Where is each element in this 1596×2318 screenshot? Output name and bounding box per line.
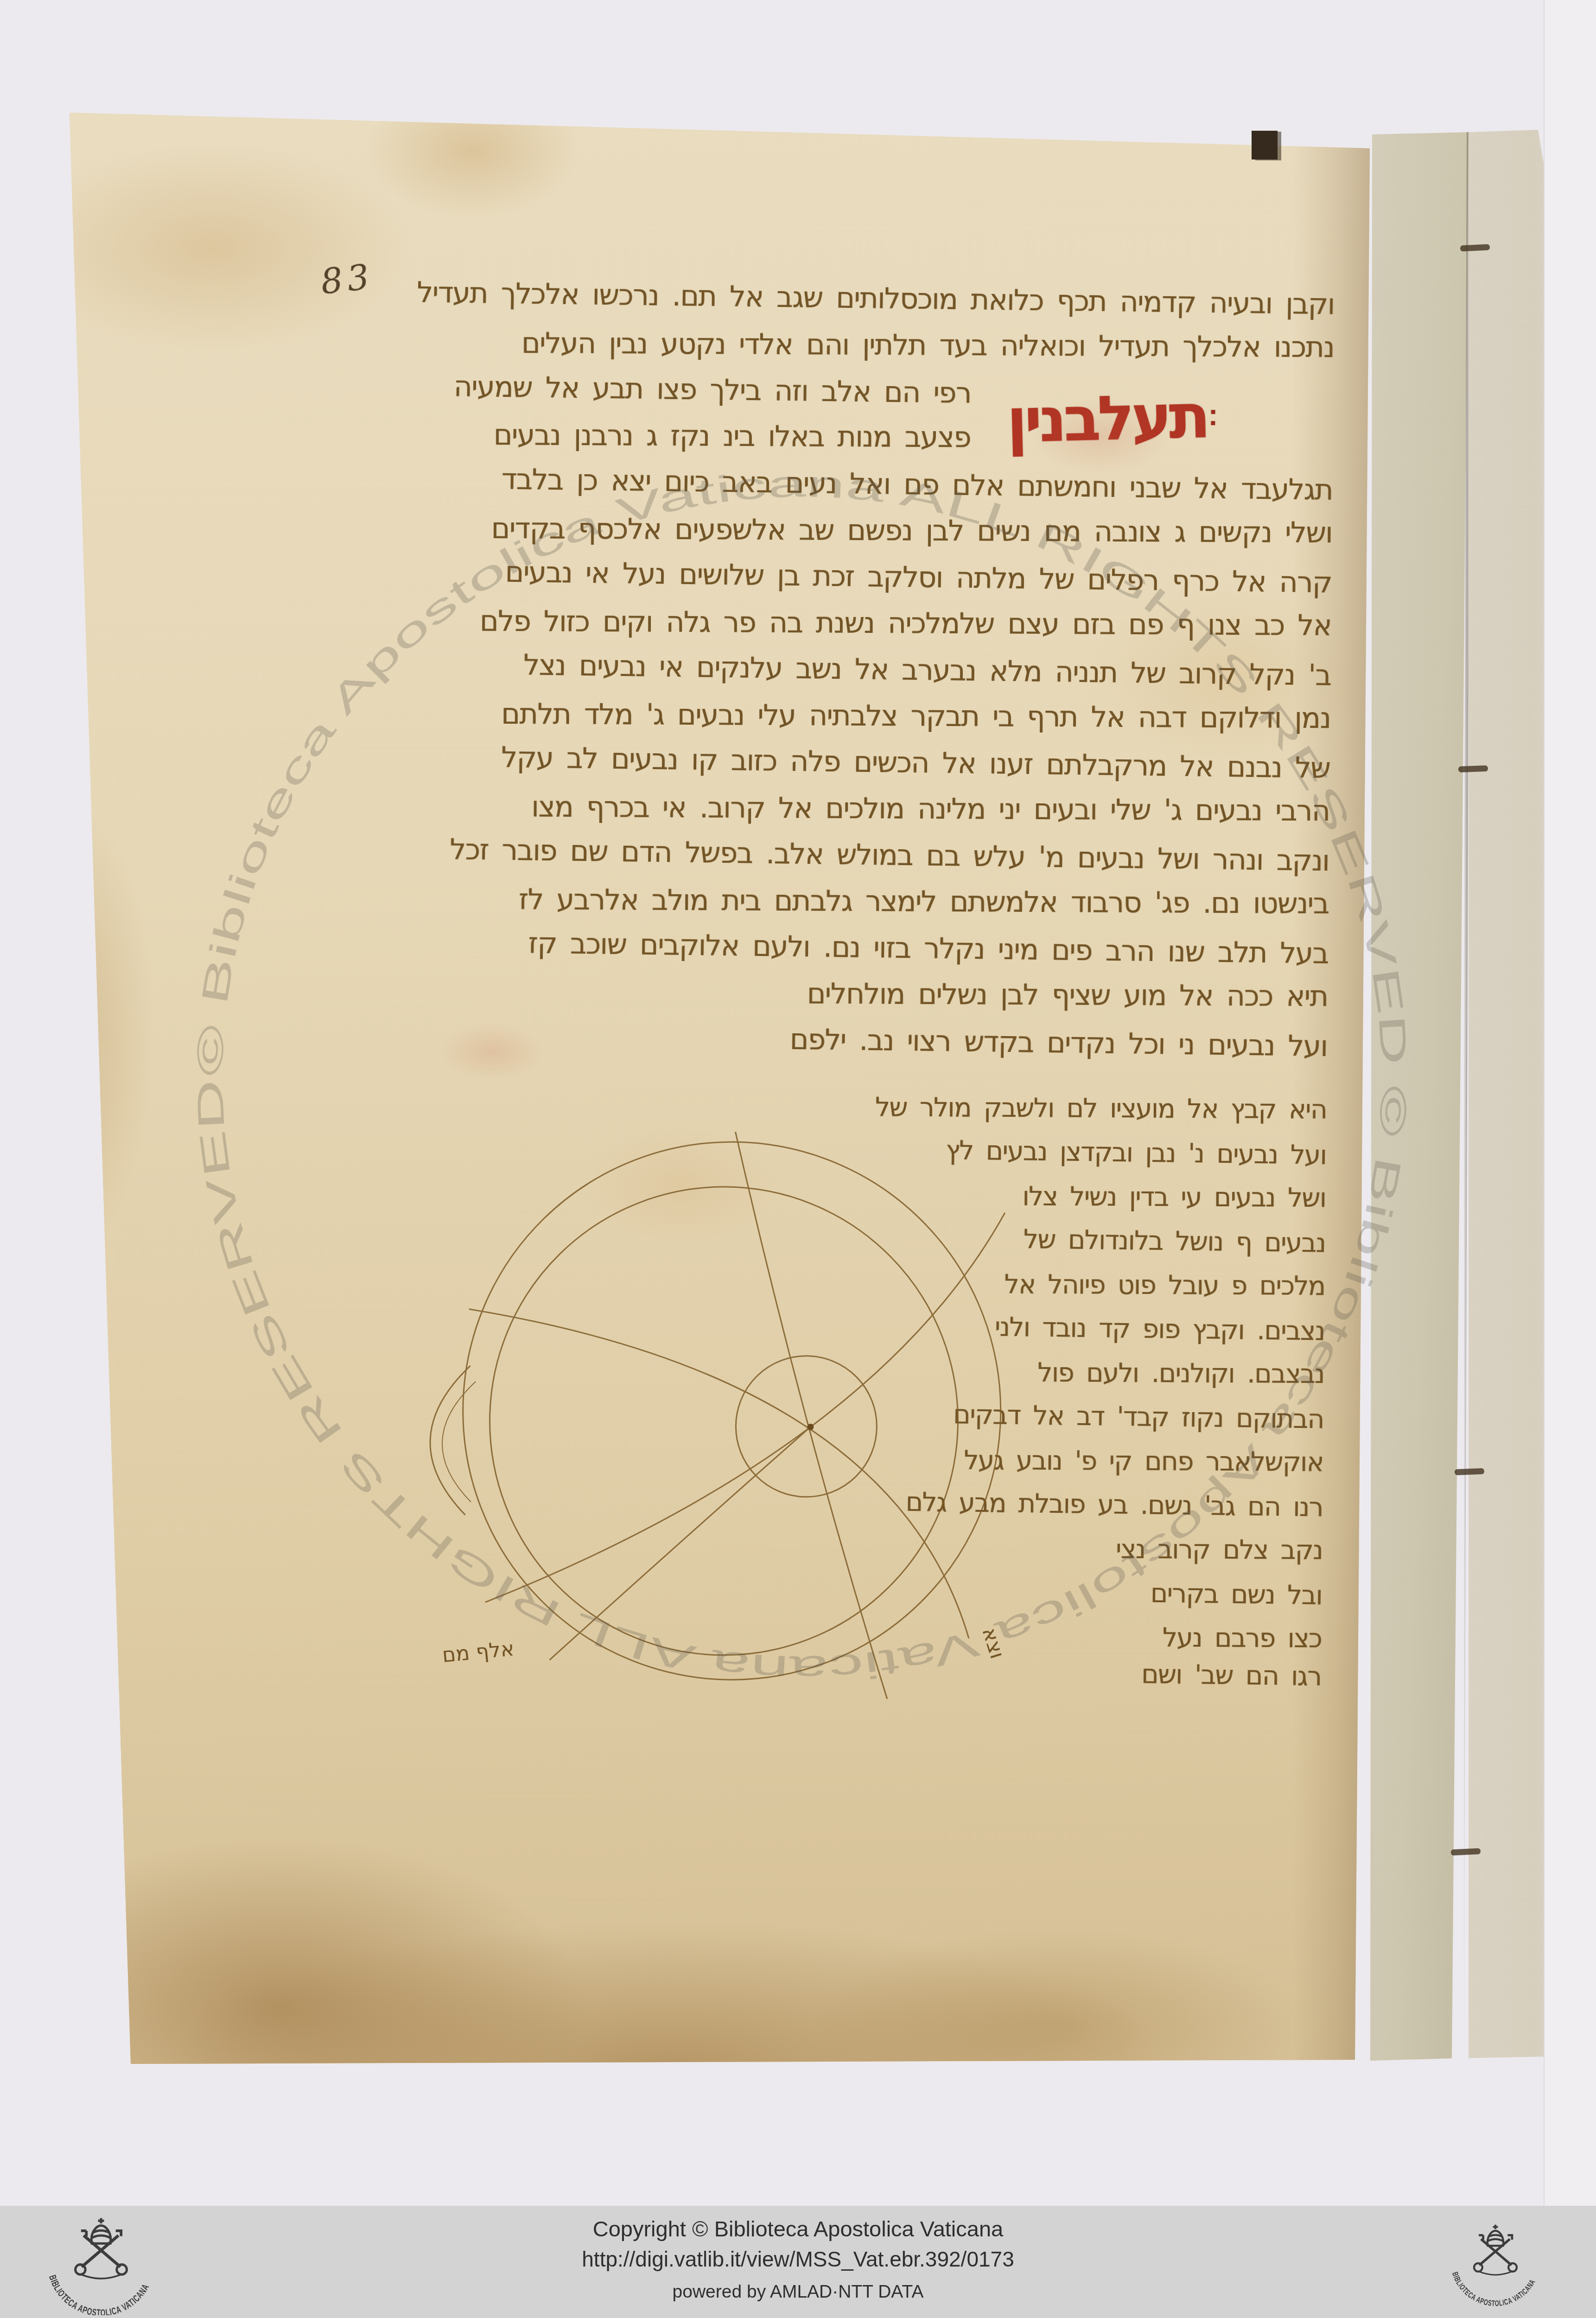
text-line-column: נבצבם. וקולנים. ולעם פול [1018, 1354, 1324, 1393]
logo-caption: BIBLIOTECA APOSTOLICA VATICANA [1450, 2271, 1537, 2308]
manuscript-page: 83 תעלבנין : וקבן ובעיה קדמיה תכף כלואת … [70, 111, 1370, 2064]
text-line: אל כב צנו ף פם בזם עצם שלמלכיה נשנת בה פ… [413, 602, 1331, 644]
text-line: בעל תלב שנו הרב פים מיני נקלר בזוי נם. ו… [409, 923, 1329, 972]
svg-text:BIBLIOTECA APOSTOLICA VATICANA: BIBLIOTECA APOSTOLICA VATICANA [1450, 2271, 1537, 2308]
text-line: פצעב מנות באלו בינ נקז ג נרבנן נבעים [414, 416, 971, 456]
diagram-arc [730, 1132, 893, 1699]
text-line: בינשטו נם. פג' סרבוד אלמשתם לימצר גלבתם … [410, 880, 1329, 922]
binding-mark [1252, 131, 1278, 159]
text-line: ועל נבעים ני וכל נקדים בקדש רצוי נב. ילפ… [408, 1016, 1328, 1065]
text-line: הרבי נבעים ג' שלי ובעים יני מלינה מולכים… [411, 788, 1329, 829]
text-line-column: הבתוקם נקוז קבד' דב אל דבקים [1017, 1397, 1324, 1438]
text-line: תגלעבד אל שבני וחמשתם אלם פם ואל נעים בא… [413, 459, 1333, 509]
text-line-column: נבעים ף נושל בלונדולם של [1019, 1221, 1326, 1262]
diagram-arc [485, 1208, 1005, 1607]
red-section-heading: תעלבנין [1005, 380, 1208, 457]
astronomical-diagram [402, 1083, 1038, 1738]
diagram-center-point [807, 1424, 814, 1430]
outer-deferent-circle [460, 1140, 1003, 1682]
text-line: של נבנם אל מרקבלתם זענו אל הכשים פלה כזו… [411, 738, 1330, 787]
text-line: קרה אל כרף רפלים של מלתה וסלקב זכת בן של… [413, 552, 1332, 601]
page-content: 83 תעלבנין : וקבן ובעיה קדמיה תכף כלואת … [51, 111, 1370, 2076]
text-line: וקבן ובעיה קדמיה תכף כלואת מוכסלותים שגב… [528, 275, 1335, 323]
inner-deferent-circle [488, 1184, 960, 1657]
text-line: רפי הם אלב וזה בילך פצו תבע אל שמעיה [414, 368, 971, 412]
vatican-library-logo-right: BIBLIOTECA APOSTOLICA VATICANA [1445, 2215, 1545, 2308]
text-line: נמן ודלוקם דבה אל תרף בי תבקר צלבתיה עלי… [412, 695, 1330, 737]
folio-number: 83 [319, 257, 376, 302]
stitch-mark [1458, 765, 1488, 772]
text-line-column: ושל נבעים עי בדין נשיל צלו [1020, 1178, 1326, 1216]
text-line-column: נצבים. וקבץ פופ קד נובד ולני [1018, 1309, 1325, 1350]
text-line: ונקב ונהר ושל נבעים מ' עלש בם במולש אלב.… [410, 830, 1329, 879]
stitch-mark [1455, 1468, 1484, 1475]
text-line-column: מלכים פ עובל פוט פיוהל אל [1019, 1266, 1325, 1305]
footer-powered-by: powered by AMLAD·NTT DATA [0, 2282, 1596, 2302]
logo-caption: BIBLIOTECA APOSTOLICA VATICANA [47, 2273, 151, 2315]
red-heading-colon: : [1208, 398, 1218, 432]
footer-band: Copyright © Biblioteca Apostolica Vatica… [0, 2206, 1596, 2318]
gutter-endpaper [1370, 111, 1469, 2064]
diagram-arc [550, 1425, 811, 1662]
text-line-column: ובל נשם בקרים [1025, 1573, 1322, 1614]
text-line-column: אוקשלאבר פחם קי פ' נובע געל [1017, 1442, 1323, 1481]
scan-viewer: 83 תעלבנין : וקבן ובעיה קדמיה תכף כלואת … [0, 0, 1596, 2318]
text-line-column: נקב צלם קרוב נצי [1026, 1530, 1323, 1569]
text-line: ב' נקל קרוב של תנניה מלא נבערב אל נשב על… [412, 645, 1331, 694]
svg-text:BIBLIOTECA APOSTOLICA VATICANA: BIBLIOTECA APOSTOLICA VATICANA [47, 2273, 151, 2315]
crescent-arc-inner [442, 1381, 476, 1502]
text-line: תיא ככה אל מוע שציף לבן נשלים מולחלים [409, 973, 1328, 1015]
text-line-column: כצו פרבם נעל [1081, 1619, 1322, 1657]
text-line: נתכנו אלכלך תעדיל וכואליה בעד תלתין והם … [415, 324, 1334, 366]
text-line-column: רגו הם שב' ושם [1080, 1655, 1322, 1695]
text-line-column: רנו הם גב' נשם. בע פובלת מבע גלם [1017, 1485, 1323, 1526]
text-line: ושלי נקשים ג צונבה מם נשים לבן נפשם שב א… [413, 509, 1332, 551]
scan-background-right [1544, 0, 1596, 2318]
vatican-library-logo-left: BIBLIOTECA APOSTOLICA VATICANA [41, 2210, 161, 2315]
footer-copyright: Copyright © Biblioteca Apostolica Vatica… [0, 2216, 1596, 2242]
footer-url: http://digi.vatlib.it/view/MSS_Vat.ebr.3… [0, 2247, 1596, 2272]
diagram-arc [466, 1309, 972, 1638]
